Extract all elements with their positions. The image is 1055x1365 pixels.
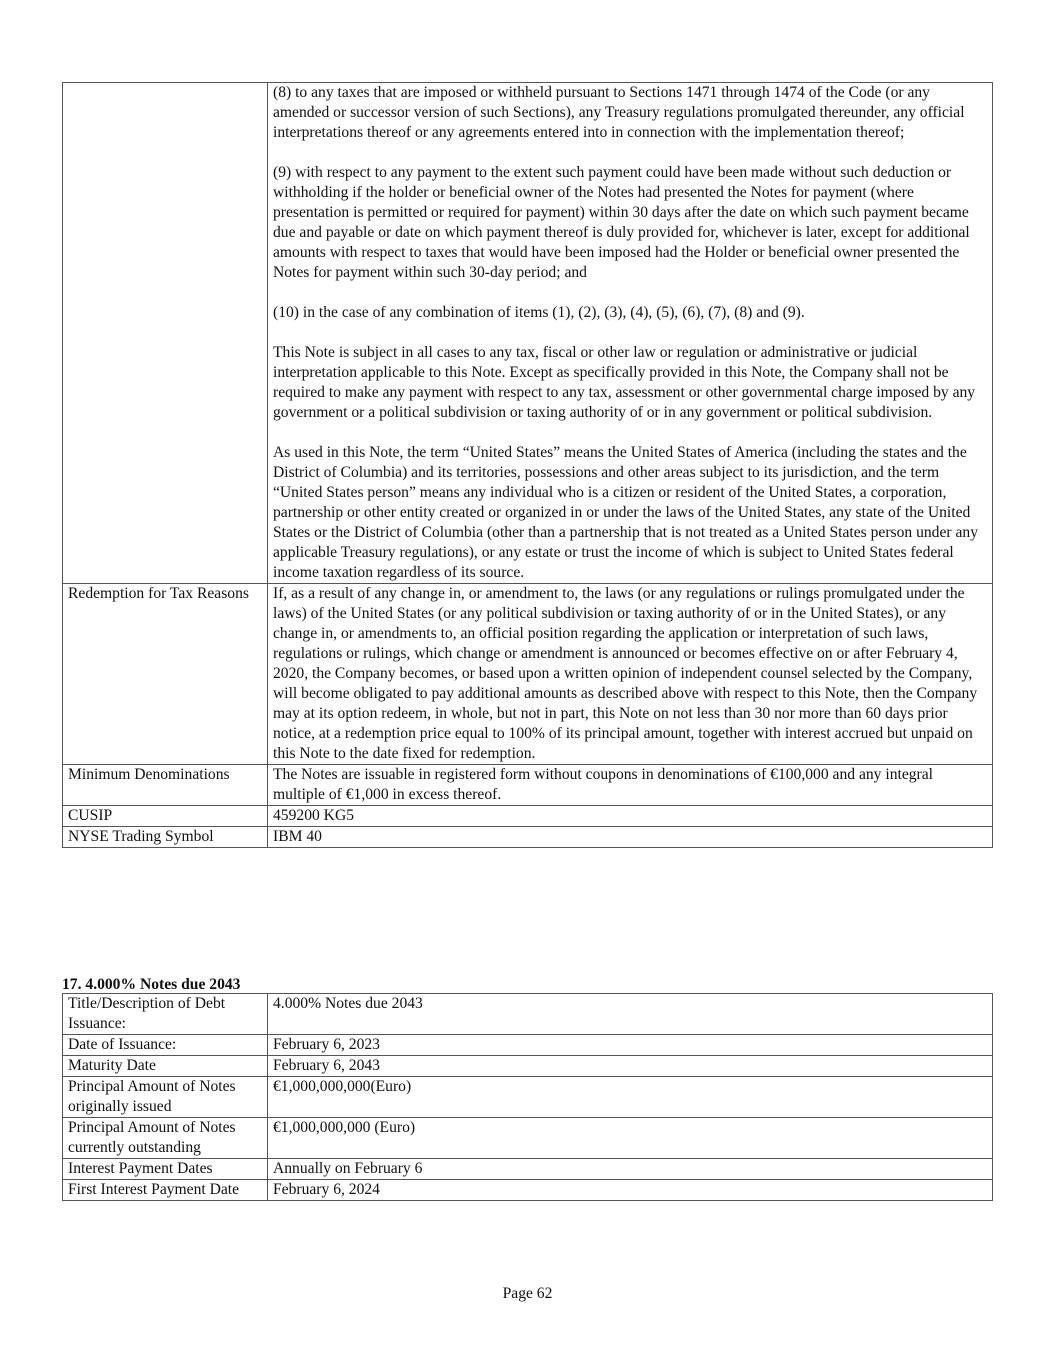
row-label: Date of Issuance: (63, 1035, 268, 1056)
row-value: Annually on February 6 (268, 1159, 993, 1180)
row-value: €1,000,000,000(Euro) (268, 1077, 993, 1118)
table-row: Interest Payment Dates Annually on Febru… (63, 1159, 993, 1180)
table-row: NYSE Trading Symbol IBM 40 (63, 827, 993, 848)
row-label: First Interest Payment Date (63, 1180, 268, 1201)
table-row: Principal Amount of Notes currently outs… (63, 1118, 993, 1159)
paragraph-united-states-definition: As used in this Note, the term “United S… (273, 443, 987, 583)
row-label: Interest Payment Dates (63, 1159, 268, 1180)
notes-2043-table: Title/Description of Debt Issuance: 4.00… (62, 993, 993, 1201)
paragraph-10: (10) in the case of any combination of i… (273, 303, 987, 323)
section-title: 17. 4.000% Notes due 2043 (62, 975, 240, 995)
table-row: CUSIP 459200 KG5 (63, 806, 993, 827)
row-label: Redemption for Tax Reasons (63, 584, 268, 765)
row-value: IBM 40 (268, 827, 993, 848)
table-row: Minimum Denominations The Notes are issu… (63, 765, 993, 806)
row-label: Maturity Date (63, 1056, 268, 1077)
row-label (63, 83, 268, 584)
table-row: Maturity Date February 6, 2043 (63, 1056, 993, 1077)
row-label: Minimum Denominations (63, 765, 268, 806)
row-value: (8) to any taxes that are imposed or wit… (268, 83, 993, 584)
row-label: NYSE Trading Symbol (63, 827, 268, 848)
table-row: Principal Amount of Notes originally iss… (63, 1077, 993, 1118)
row-label: Principal Amount of Notes currently outs… (63, 1118, 268, 1159)
table-row: Title/Description of Debt Issuance: 4.00… (63, 994, 993, 1035)
table-row: Redemption for Tax Reasons If, as a resu… (63, 584, 993, 765)
row-value: 4.000% Notes due 2043 (268, 994, 993, 1035)
paragraph-9: (9) with respect to any payment to the e… (273, 163, 987, 283)
row-value: February 6, 2024 (268, 1180, 993, 1201)
paragraph-tax-law: This Note is subject in all cases to any… (273, 343, 987, 423)
table-row: Date of Issuance: February 6, 2023 (63, 1035, 993, 1056)
row-value: 459200 KG5 (268, 806, 993, 827)
table-row: First Interest Payment Date February 6, … (63, 1180, 993, 1201)
row-value: February 6, 2023 (268, 1035, 993, 1056)
page-number: Page 62 (0, 1284, 1055, 1304)
row-value: €1,000,000,000 (Euro) (268, 1118, 993, 1159)
paragraph-8: (8) to any taxes that are imposed or wit… (273, 83, 987, 143)
row-label: CUSIP (63, 806, 268, 827)
row-value: If, as a result of any change in, or ame… (268, 584, 993, 765)
table-row: (8) to any taxes that are imposed or wit… (63, 83, 993, 584)
row-value: The Notes are issuable in registered for… (268, 765, 993, 806)
row-label: Principal Amount of Notes originally iss… (63, 1077, 268, 1118)
row-label: Title/Description of Debt Issuance: (63, 994, 268, 1035)
tax-terms-table: (8) to any taxes that are imposed or wit… (62, 82, 993, 848)
row-value: February 6, 2043 (268, 1056, 993, 1077)
